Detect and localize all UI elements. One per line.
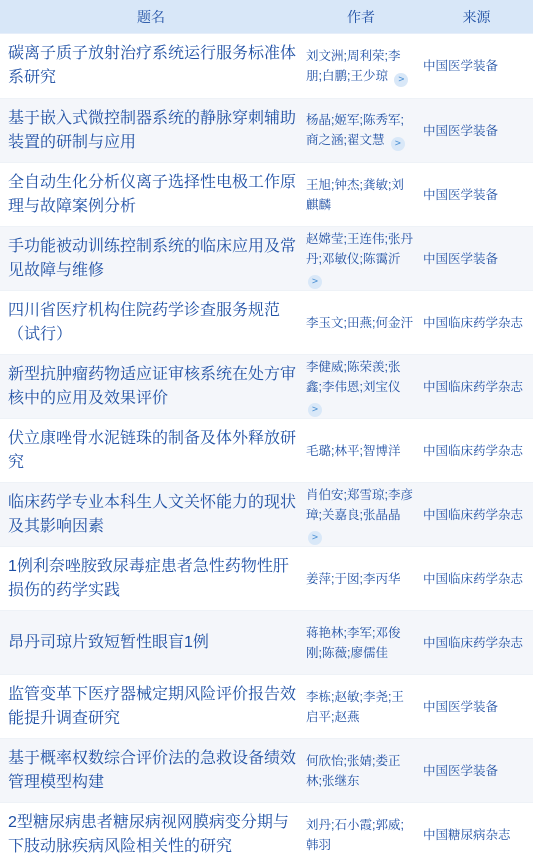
title-cell: 全自动生化分析仪离子选择性电极工作原理与故障案例分析 (0, 171, 302, 219)
chevron-right-icon[interactable]: > (391, 137, 405, 151)
author-list[interactable]: 刘丹;石小霞;郭威;韩羽 (306, 818, 404, 852)
journal-source-link[interactable]: 中国医学装备 (423, 764, 498, 778)
journal-source-link[interactable]: 中国临床药学杂志 (423, 316, 523, 330)
journal-source-link[interactable]: 中国医学装备 (423, 252, 498, 266)
table-row: 手功能被动训练控制系统的临床应用及常见故障与维修赵嫦莹;王连伟;张丹丹;邓敏仪;… (0, 226, 533, 290)
table-row: 2型糖尿病患者糖尿病视网膜病变分期与下肢动脉疾病风险相关性的研究刘丹;石小霞;郭… (0, 802, 533, 866)
author-list[interactable]: 蒋艳林;李军;邓俊刚;陈薇;廖儒佳 (306, 626, 400, 660)
source-cell: 中国医学装备 (420, 762, 533, 780)
title-cell: 手功能被动训练控制系统的临床应用及常见故障与维修 (0, 235, 302, 283)
chevron-right-icon[interactable]: > (308, 403, 322, 417)
table-row: 基于概率权数综合评价法的急救设备绩效管理模型构建何欣怡;张婧;娄正林;张继东中国… (0, 738, 533, 802)
author-list[interactable]: 何欣怡;张婧;娄正林;张继东 (306, 754, 400, 788)
author-list[interactable]: 王旭;钟杰;龚敏;刘麒麟 (306, 178, 404, 212)
authors-cell: 赵嫦莹;王连伟;张丹丹;邓敏仪;陈霭沂 > (302, 229, 420, 289)
title-cell: 新型抗肿瘤药物适应证审核系统在处方审核中的应用及效果评价 (0, 363, 302, 411)
article-title-link[interactable]: 昂丹司琼片致短暂性眼盲1例 (8, 634, 209, 651)
author-list[interactable]: 李玉文;田燕;何金汗 (306, 316, 413, 330)
table-row: 伏立康唑骨水泥链珠的制备及体外释放研究毛璐;林平;智博洋中国临床药学杂志 (0, 418, 533, 482)
chevron-right-icon[interactable]: > (394, 73, 408, 87)
authors-cell: 李玉文;田燕;何金汗 (302, 313, 420, 333)
title-cell: 监管变革下医疗器械定期风险评价报告效能提升调查研究 (0, 683, 302, 731)
journal-source-link[interactable]: 中国临床药学杂志 (423, 508, 523, 522)
title-cell: 四川省医疗机构住院药学诊查服务规范（试行） (0, 299, 302, 347)
authors-cell: 刘丹;石小霞;郭威;韩羽 (302, 815, 420, 855)
authors-cell: 杨晶;姬军;陈秀军;商之涵;翟文慧 > (302, 110, 420, 151)
table-row: 临床药学专业本科生人文关怀能力的现状及其影响因素肖伯安;郑雪琼;李彦璋;关嘉良;… (0, 482, 533, 546)
title-cell: 临床药学专业本科生人文关怀能力的现状及其影响因素 (0, 491, 302, 539)
authors-cell: 姜萍;于囡;李丙华 (302, 569, 420, 589)
source-cell: 中国糖尿病杂志 (420, 826, 533, 844)
table-row: 全自动生化分析仪离子选择性电极工作原理与故障案例分析王旭;钟杰;龚敏;刘麒麟中国… (0, 162, 533, 226)
article-title-link[interactable]: 1例利奈唑胺致尿毒症患者急性药物性肝损伤的药学实践 (8, 558, 289, 599)
source-cell: 中国医学装备 (420, 186, 533, 204)
title-cell: 碳离子质子放射治疗系统运行服务标准体系研究 (0, 42, 302, 90)
source-cell: 中国医学装备 (420, 698, 533, 716)
table-body: 碳离子质子放射治疗系统运行服务标准体系研究刘文洲;周利荣;李朋;白鹏;王少琼 >… (0, 34, 533, 866)
author-list[interactable]: 李健威;陈荣羡;张鑫;李伟恩;刘宝仪 (306, 360, 400, 394)
journal-source-link[interactable]: 中国临床药学杂志 (423, 444, 523, 458)
authors-cell: 李健威;陈荣羡;张鑫;李伟恩;刘宝仪 > (302, 357, 420, 417)
search-results-table: 题名 作者 来源 碳离子质子放射治疗系统运行服务标准体系研究刘文洲;周利荣;李朋… (0, 0, 533, 866)
source-cell: 中国临床药学杂志 (420, 634, 533, 652)
author-list[interactable]: 毛璐;林平;智博洋 (306, 444, 400, 458)
table-row: 碳离子质子放射治疗系统运行服务标准体系研究刘文洲;周利荣;李朋;白鹏;王少琼 >… (0, 34, 533, 98)
article-title-link[interactable]: 手功能被动训练控制系统的临床应用及常见故障与维修 (8, 238, 296, 279)
article-title-link[interactable]: 伏立康唑骨水泥链珠的制备及体外释放研究 (8, 430, 296, 471)
author-list[interactable]: 姜萍;于囡;李丙华 (306, 572, 400, 586)
author-list[interactable]: 肖伯安;郑雪琼;李彦璋;关嘉良;张晶晶 (306, 488, 413, 522)
table-header-row: 题名 作者 来源 (0, 0, 533, 34)
column-header-author: 作者 (302, 7, 420, 27)
table-row: 四川省医疗机构住院药学诊查服务规范（试行）李玉文;田燕;何金汗中国临床药学杂志 (0, 290, 533, 354)
journal-source-link[interactable]: 中国临床药学杂志 (423, 380, 523, 394)
source-cell: 中国临床药学杂志 (420, 378, 533, 396)
table-row: 昂丹司琼片致短暂性眼盲1例蒋艳林;李军;邓俊刚;陈薇;廖儒佳中国临床药学杂志 (0, 610, 533, 674)
column-header-source: 来源 (420, 7, 533, 27)
authors-cell: 刘文洲;周利荣;李朋;白鹏;王少琼 > (302, 46, 420, 87)
source-cell: 中国临床药学杂志 (420, 506, 533, 524)
journal-source-link[interactable]: 中国临床药学杂志 (423, 636, 523, 650)
table-row: 新型抗肿瘤药物适应证审核系统在处方审核中的应用及效果评价李健威;陈荣羡;张鑫;李… (0, 354, 533, 418)
article-title-link[interactable]: 全自动生化分析仪离子选择性电极工作原理与故障案例分析 (8, 174, 296, 215)
journal-source-link[interactable]: 中国糖尿病杂志 (423, 828, 511, 842)
column-header-title: 题名 (0, 7, 302, 27)
author-list[interactable]: 杨晶;姬军;陈秀军;商之涵;翟文慧 (306, 113, 404, 147)
title-cell: 2型糖尿病患者糖尿病视网膜病变分期与下肢动脉疾病风险相关性的研究 (0, 811, 302, 859)
journal-source-link[interactable]: 中国医学装备 (423, 59, 498, 73)
article-title-link[interactable]: 2型糖尿病患者糖尿病视网膜病变分期与下肢动脉疾病风险相关性的研究 (8, 814, 289, 855)
source-cell: 中国临床药学杂志 (420, 570, 533, 588)
article-title-link[interactable]: 四川省医疗机构住院药学诊查服务规范（试行） (8, 302, 280, 343)
title-cell: 1例利奈唑胺致尿毒症患者急性药物性肝损伤的药学实践 (0, 555, 302, 603)
article-title-link[interactable]: 基于概率权数综合评价法的急救设备绩效管理模型构建 (8, 750, 296, 791)
authors-cell: 肖伯安;郑雪琼;李彦璋;关嘉良;张晶晶 > (302, 485, 420, 545)
article-title-link[interactable]: 碳离子质子放射治疗系统运行服务标准体系研究 (8, 45, 296, 86)
author-list[interactable]: 李栋;赵敏;李尧;王启平;赵燕 (306, 690, 404, 724)
author-list[interactable]: 刘文洲;周利荣;李朋;白鹏;王少琼 (306, 49, 400, 83)
title-cell: 昂丹司琼片致短暂性眼盲1例 (0, 631, 302, 655)
authors-cell: 毛璐;林平;智博洋 (302, 441, 420, 461)
article-title-link[interactable]: 监管变革下医疗器械定期风险评价报告效能提升调查研究 (8, 686, 296, 727)
author-list[interactable]: 赵嫦莹;王连伟;张丹丹;邓敏仪;陈霭沂 (306, 232, 413, 266)
authors-cell: 何欣怡;张婧;娄正林;张继东 (302, 751, 420, 791)
journal-source-link[interactable]: 中国医学装备 (423, 188, 498, 202)
title-cell: 基于概率权数综合评价法的急救设备绩效管理模型构建 (0, 747, 302, 795)
chevron-right-icon[interactable]: > (308, 531, 322, 545)
article-title-link[interactable]: 新型抗肿瘤药物适应证审核系统在处方审核中的应用及效果评价 (8, 366, 296, 407)
journal-source-link[interactable]: 中国医学装备 (423, 124, 498, 138)
table-row: 监管变革下医疗器械定期风险评价报告效能提升调查研究李栋;赵敏;李尧;王启平;赵燕… (0, 674, 533, 738)
source-cell: 中国临床药学杂志 (420, 442, 533, 460)
title-cell: 伏立康唑骨水泥链珠的制备及体外释放研究 (0, 427, 302, 475)
source-cell: 中国医学装备 (420, 250, 533, 268)
title-cell: 基于嵌入式微控制器系统的静脉穿刺辅助装置的研制与应用 (0, 107, 302, 155)
source-cell: 中国医学装备 (420, 57, 533, 75)
table-row: 1例利奈唑胺致尿毒症患者急性药物性肝损伤的药学实践姜萍;于囡;李丙华中国临床药学… (0, 546, 533, 610)
source-cell: 中国医学装备 (420, 122, 533, 140)
authors-cell: 蒋艳林;李军;邓俊刚;陈薇;廖儒佳 (302, 623, 420, 663)
source-cell: 中国临床药学杂志 (420, 314, 533, 332)
authors-cell: 李栋;赵敏;李尧;王启平;赵燕 (302, 687, 420, 727)
table-row: 基于嵌入式微控制器系统的静脉穿刺辅助装置的研制与应用杨晶;姬军;陈秀军;商之涵;… (0, 98, 533, 162)
article-title-link[interactable]: 基于嵌入式微控制器系统的静脉穿刺辅助装置的研制与应用 (8, 110, 296, 151)
article-title-link[interactable]: 临床药学专业本科生人文关怀能力的现状及其影响因素 (8, 494, 296, 535)
journal-source-link[interactable]: 中国临床药学杂志 (423, 572, 523, 586)
journal-source-link[interactable]: 中国医学装备 (423, 700, 498, 714)
chevron-right-icon[interactable]: > (308, 275, 322, 289)
authors-cell: 王旭;钟杰;龚敏;刘麒麟 (302, 175, 420, 215)
